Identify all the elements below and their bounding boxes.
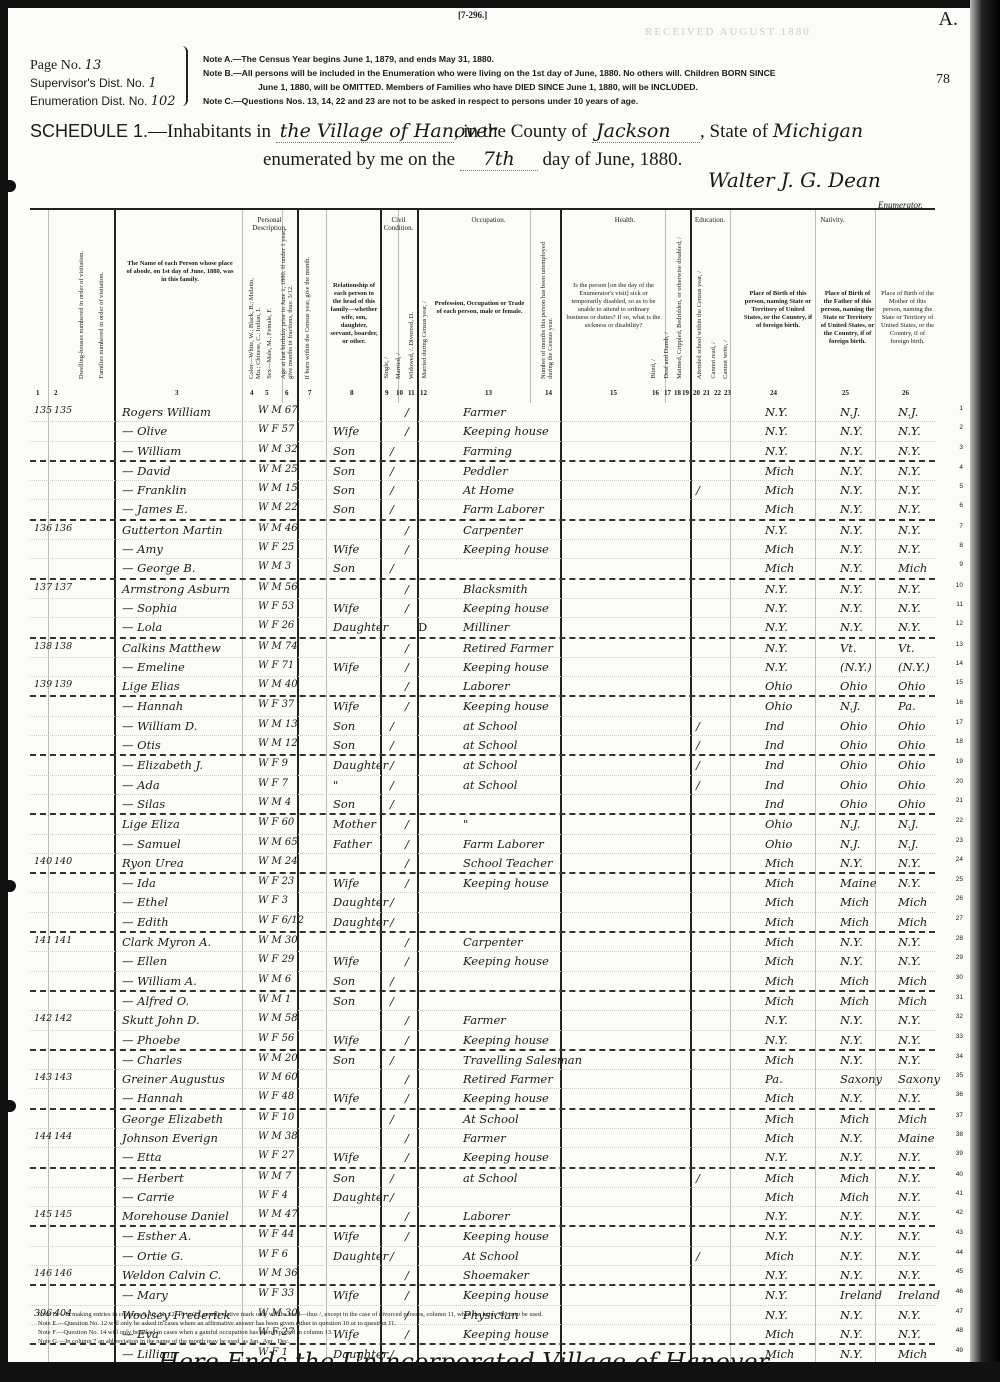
table-row: — EmelineW F 71Wife/Keeping houseN.Y.(N.… <box>30 658 935 677</box>
cell-mother: Ireland <box>898 1288 940 1302</box>
table-row: — DavidW M 25Son/PeddlerMichN.Y.N.Y.4 <box>30 462 935 481</box>
cell-married: / <box>405 954 409 968</box>
table-row: Lige ElizaW F 60Mother/"OhioN.J.N.J.22 <box>30 815 935 834</box>
form-number: [7-296.] <box>458 10 487 20</box>
cell-line: 15 <box>956 679 963 686</box>
cell-mother: Maine <box>898 1131 935 1145</box>
brace <box>180 46 188 106</box>
cell-mother: N.Y. <box>898 876 921 890</box>
cell-father: N.Y. <box>840 1249 863 1263</box>
cell-name: — Otis <box>122 738 161 752</box>
col-4-header: Color—White, W.; Black, B.; Mulatto, Mu.… <box>248 269 262 379</box>
cell-mother: N.Y. <box>898 1229 921 1243</box>
group-nativity: Nativity. <box>730 216 935 224</box>
cell-occ: Farm Laborer <box>463 837 544 851</box>
cell-cs: W F 53 <box>258 601 294 612</box>
cell-father: N.J. <box>840 699 860 713</box>
table-row: 142142Skutt John D.W M 58/FarmerN.Y.N.Y.… <box>30 1011 935 1030</box>
cell-mother: N.Y. <box>898 856 921 870</box>
cell-occ: Keeping house <box>463 1033 549 1047</box>
cell-name: — Amy <box>122 542 163 556</box>
cell-line: 7 <box>959 523 963 530</box>
cell-name: — David <box>122 464 171 478</box>
cell-name: Johnson Everign <box>122 1131 218 1145</box>
cell-line: 4 <box>959 464 963 471</box>
cell-cs: W M 4 <box>258 797 291 808</box>
cell-father: Mich <box>840 1112 869 1126</box>
table-row: 140140Ryon UreaW M 24/School TeacherMich… <box>30 854 935 874</box>
cell-birth: Mich <box>765 483 794 497</box>
cell-name: George Elizabeth <box>122 1112 223 1126</box>
cell-dwelling: 140 <box>34 856 52 867</box>
cell-line: 12 <box>956 620 963 627</box>
cell-occ: Farm Laborer <box>463 502 544 516</box>
cell-cs: W M 32 <box>258 444 298 455</box>
cell-occ: Carpenter <box>463 935 523 949</box>
col-11-header: Widowed, /. Divorced, D. <box>408 312 415 379</box>
cell-occ: Keeping house <box>463 542 549 556</box>
cell-father: N.Y. <box>840 1327 863 1341</box>
cell-rel: Daughter <box>333 895 388 909</box>
cell-father: N.Y. <box>840 502 863 516</box>
cell-married: / <box>405 601 409 615</box>
cell-cs: W F 56 <box>258 1033 294 1044</box>
cell-birth: N.Y. <box>765 1033 788 1047</box>
cell-single: / <box>390 974 394 988</box>
cell-line: 45 <box>956 1268 963 1275</box>
cell-rel: Wife <box>333 424 359 438</box>
cell-rel: Wife <box>333 1033 359 1047</box>
cell-rel: Wife <box>333 1091 359 1105</box>
cell-name: — Herbert <box>122 1171 184 1185</box>
cell-widowed: D <box>418 620 427 634</box>
cell-rel: Wife <box>333 542 359 556</box>
cell-occ: Retired Farmer <box>463 1072 553 1086</box>
cell-line: 43 <box>956 1229 963 1236</box>
cell-occ: Keeping house <box>463 601 549 615</box>
cell-line: 9 <box>959 561 963 568</box>
cell-name: — Charles <box>122 1053 182 1067</box>
cell-mother: N.Y. <box>898 601 921 615</box>
cell-name: Calkins Matthew <box>122 641 221 655</box>
cell-cs: W F 10 <box>258 1112 294 1123</box>
cell-cs: W M 3 <box>258 561 291 572</box>
cell-birth: Mich <box>765 561 794 575</box>
cell-rel: Wife <box>333 1229 359 1243</box>
cell-cs: W M 56 <box>258 582 298 593</box>
cell-single: / <box>390 561 394 575</box>
cell-father: N.Y. <box>840 1209 863 1223</box>
cell-occ: at School <box>463 719 517 733</box>
cell-mother: Ohio <box>898 719 925 733</box>
cell-occ: At School <box>463 1249 519 1263</box>
cell-name: — Ethel <box>122 895 168 909</box>
cell-father: N.Y. <box>840 561 863 575</box>
cell-father: N.J. <box>840 817 860 831</box>
cell-mother: N.Y. <box>898 542 921 556</box>
cell-occ: Keeping house <box>463 660 549 674</box>
cell-occ: School Teacher <box>463 856 553 870</box>
cell-family: 143 <box>54 1072 72 1083</box>
cell-father: (N.Y.) <box>840 660 872 674</box>
cell-married: / <box>405 542 409 556</box>
cell-birth: Mich <box>765 974 794 988</box>
cell-name: — Emeline <box>122 660 185 674</box>
table-row: — OliveW F 57Wife/Keeping houseN.Y.N.Y.N… <box>30 422 935 441</box>
cell-birth: Mich <box>765 1112 794 1126</box>
cell-line: 24 <box>956 856 963 863</box>
cell-birth: N.Y. <box>765 582 788 596</box>
cell-cs: W M 74 <box>258 641 298 652</box>
instruction-notes: Note A.—The Census Year begins June 1, 1… <box>203 52 923 108</box>
table-row: 145145Morehouse DanielW M 47/LaborerN.Y.… <box>30 1207 935 1227</box>
cell-single: / <box>390 778 394 792</box>
cell-father: N.Y. <box>840 582 863 596</box>
cell-rel: Wife <box>333 876 359 890</box>
cell-family: 140 <box>54 856 72 867</box>
cell-cs: W M 40 <box>258 679 298 690</box>
cell-occ: Keeping house <box>463 699 549 713</box>
cell-name: — Ortie G. <box>122 1249 183 1263</box>
cell-line: 10 <box>956 582 963 589</box>
group-health: Health. <box>560 216 690 224</box>
cell-married: / <box>405 1072 409 1086</box>
cell-line: 28 <box>956 935 963 942</box>
cell-rel: Daughter <box>333 1249 388 1263</box>
cell-occ: Keeping house <box>463 1229 549 1243</box>
cell-single: / <box>390 994 394 1008</box>
cell-line: 3 <box>959 444 963 451</box>
cell-birth: Pa. <box>765 1072 783 1086</box>
received-stamp: RECEIVED AUGUST 1880 <box>645 26 811 38</box>
cell-rel: Wife <box>333 1288 359 1302</box>
cell-dwelling: 135 <box>34 405 52 416</box>
cell-father: Mich <box>840 994 869 1008</box>
page-number-value: 13 <box>85 58 102 73</box>
cell-mother: N.Y. <box>898 483 921 497</box>
table-row: 135135Rogers WilliamW M 67/FarmerN.Y.N.J… <box>30 403 935 422</box>
supervisor-district: Supervisor's Dist. No. 1 <box>30 76 157 91</box>
col-6-header: Age at last birthday prior to June 1, 18… <box>280 229 294 379</box>
cell-single: / <box>390 1190 394 1204</box>
cell-dwelling: 141 <box>34 935 52 946</box>
cell-name: — Edith <box>122 915 169 929</box>
cell-birth: Ohio <box>765 679 792 693</box>
cell-occ: Milliner <box>463 620 509 634</box>
cell-mother: Mich <box>898 895 927 909</box>
cell-birth: Mich <box>765 856 794 870</box>
col-9-header: Single, / <box>383 357 390 379</box>
cell-single: / <box>390 1171 394 1185</box>
cell-father: Ohio <box>840 797 867 811</box>
cell-birth: Mich <box>765 876 794 890</box>
table-row: — MaryW F 33Wife/Keeping houseN.Y.Irelan… <box>30 1286 935 1305</box>
cell-line: 23 <box>956 837 963 844</box>
cell-father: N.J. <box>840 405 860 419</box>
cell-line: 22 <box>956 817 963 824</box>
binder-ring <box>0 1100 16 1112</box>
cell-cs: W F 57 <box>258 424 294 435</box>
cell-dwelling: 145 <box>34 1209 52 1220</box>
cell-dwelling: 143 <box>34 1072 52 1083</box>
cell-cs: W M 30 <box>258 935 298 946</box>
cell-rel: Son <box>333 464 355 478</box>
cell-birth: N.Y. <box>765 641 788 655</box>
cell-cs: W M 60 <box>258 1072 298 1083</box>
cell-rel: Son <box>333 974 355 988</box>
cell-birth: Ind <box>765 719 784 733</box>
cell-birth: Ohio <box>765 837 792 851</box>
table-row: — OtisW M 12Son/at School/IndOhioOhio18 <box>30 736 935 756</box>
table-row: 143143Greiner AugustusW M 60/Retired Far… <box>30 1070 935 1089</box>
cell-married: / <box>405 699 409 713</box>
cell-line: 30 <box>956 974 963 981</box>
cell-mother: Ohio <box>898 679 925 693</box>
cell-birth: N.Y. <box>765 1268 788 1282</box>
cell-single: / <box>390 797 394 811</box>
cell-mother: Ohio <box>898 738 925 752</box>
cell-father: N.Y. <box>840 444 863 458</box>
cell-line: 27 <box>956 915 963 922</box>
cell-married: / <box>405 1131 409 1145</box>
cell-married: / <box>405 660 409 674</box>
cell-father: N.Y. <box>840 1150 863 1164</box>
page-edge <box>0 1362 1000 1382</box>
table-row: 136136Gutterton MartinW M 46/CarpenterN.… <box>30 521 935 540</box>
col-2-header: Families numbered in order of visitation… <box>98 272 105 379</box>
cell-cs: W F 33 <box>258 1288 294 1299</box>
cell-married: / <box>405 424 409 438</box>
census-page: [7-296.] RECEIVED AUGUST 1880 A. 78 Page… <box>8 8 970 1370</box>
cell-birth: N.Y. <box>765 660 788 674</box>
cell-cs: W F 3 <box>258 895 288 906</box>
cell-birth: Mich <box>765 1327 794 1341</box>
table-row: 141141Clark Myron A.W M 30/CarpenterMich… <box>30 933 935 952</box>
cell-married: / <box>405 641 409 655</box>
cell-birth: N.Y. <box>765 1013 788 1027</box>
cell-father: N.Y. <box>840 1053 863 1067</box>
cell-name: — Mary <box>122 1288 168 1302</box>
table-row: 146146Weldon Calvin C.W M 36/ShoemakerN.… <box>30 1266 935 1286</box>
cell-name: — James E. <box>122 502 188 516</box>
cell-occ: Keeping house <box>463 424 549 438</box>
cell-line: 6 <box>959 502 963 509</box>
cell-birth: N.Y. <box>765 601 788 615</box>
cell-rel: Son <box>333 1053 355 1067</box>
cell-cs: W F 9 <box>258 758 288 769</box>
cell-married: / <box>405 856 409 870</box>
place-field: the Village of Hanover <box>276 120 454 143</box>
cell-father: N.Y. <box>840 464 863 478</box>
cell-mother: Mich <box>898 561 927 575</box>
cell-cs: W M 46 <box>258 523 298 534</box>
cell-name: Ryon Urea <box>122 856 184 870</box>
cell-birth: Mich <box>765 1053 794 1067</box>
cell-dwelling: 139 <box>34 679 52 690</box>
state-field: Michigan <box>773 120 863 142</box>
cell-birth: Mich <box>765 994 794 1008</box>
schedule-title: SCHEDULE 1.—Inhabitants in the Village o… <box>30 120 863 143</box>
cell-birth: Mich <box>765 464 794 478</box>
cell-single: / <box>390 719 394 733</box>
cell-cs: W M 13 <box>258 719 298 730</box>
cell-line: 37 <box>956 1112 963 1119</box>
table-row: — William A.W M 6Son/MichMichMich30 <box>30 972 935 992</box>
cell-family: 135 <box>54 405 72 416</box>
cell-name: — William <box>122 444 181 458</box>
cell-mother: N.Y. <box>898 582 921 596</box>
col-22-header: Cannot read, / <box>710 342 717 379</box>
table-row: — HannahW F 48Wife/Keeping houseMichN.Y.… <box>30 1089 935 1109</box>
cell-name: Clark Myron A. <box>122 935 211 949</box>
cell-line: 44 <box>956 1249 963 1256</box>
enumerator-signature: Walter J. G. Dean <box>708 168 881 192</box>
cell-line: 25 <box>956 876 963 883</box>
cell-mother: Mich <box>898 1112 927 1126</box>
cell-birth: Ohio <box>765 699 792 713</box>
cell-name: — Sophia <box>122 601 177 615</box>
cell-rel: Son <box>333 561 355 575</box>
col-17-header: Deaf and Dumb, / <box>663 332 670 379</box>
col-1-header: Dwelling-houses numbered in order of vis… <box>78 251 85 379</box>
cell-father: N.Y. <box>840 1229 863 1243</box>
cell-family: 136 <box>54 523 72 534</box>
cell-cs: W M 1 <box>258 994 291 1005</box>
cell-birth: Mich <box>765 1171 794 1185</box>
cell-name: Skutt John D. <box>122 1013 200 1027</box>
cell-school: / <box>696 758 700 772</box>
binder-ring <box>0 880 16 892</box>
cell-mother: Vt. <box>898 641 915 655</box>
cell-rel: Son <box>333 444 355 458</box>
cell-mother: N.J. <box>898 817 918 831</box>
cell-cs: W M 20 <box>258 1053 298 1064</box>
cell-married: / <box>405 582 409 596</box>
cell-name: — Carrie <box>122 1190 174 1204</box>
cell-single: / <box>390 502 394 516</box>
cell-dwelling: 137 <box>34 582 52 593</box>
table-row: — Esther A.W F 44Wife/Keeping houseN.Y.N… <box>30 1227 935 1246</box>
cell-birth: N.Y. <box>765 1308 788 1322</box>
cell-rel: Daughter <box>333 915 388 929</box>
table-header: Personal Description. Civil Condition. O… <box>30 208 935 403</box>
enumeration-date: enumerated by me on the 7th day of June,… <box>263 148 682 171</box>
cell-father: N.Y. <box>840 601 863 615</box>
cell-line: 38 <box>956 1131 963 1138</box>
cell-cs: W F 4 <box>258 1190 288 1201</box>
cell-line: 26 <box>956 895 963 902</box>
cell-cs: W M 12 <box>258 738 298 749</box>
group-civil: Civil Condition. <box>380 216 417 232</box>
cell-father: N.J. <box>840 837 860 851</box>
cell-name: — Hannah <box>122 1091 183 1105</box>
cell-cs: W F 29 <box>258 954 294 965</box>
cell-single: / <box>390 758 394 772</box>
cell-school: / <box>696 738 700 752</box>
table-row: — LolaW F 26DaughterDMillinerN.Y.N.Y.N.Y… <box>30 618 935 638</box>
col-26-header: Place of Birth of the Mother of this per… <box>880 290 935 346</box>
cell-mother: N.Y. <box>898 1308 921 1322</box>
cell-cs: W M 6 <box>258 974 291 985</box>
cell-birth: N.Y. <box>765 523 788 537</box>
cell-name: — George B. <box>122 561 196 575</box>
cell-name: — Alfred O. <box>122 994 189 1008</box>
table-row: George ElizabethW F 10/At SchoolMichMich… <box>30 1110 935 1129</box>
cell-cs: W F 6/12 <box>258 915 304 926</box>
cell-father: Vt. <box>840 641 857 655</box>
cell-father: N.Y. <box>840 483 863 497</box>
cell-line: 5 <box>959 483 963 490</box>
day-field: 7th <box>460 148 538 171</box>
cell-married: / <box>405 679 409 693</box>
cell-single: / <box>390 483 394 497</box>
cell-occ: Farmer <box>463 405 506 419</box>
cell-family: 144 <box>54 1131 72 1142</box>
cell-single: / <box>390 1053 394 1067</box>
cell-birth: Mich <box>765 542 794 556</box>
cell-cs: W F 44 <box>258 1229 294 1240</box>
cell-rel: Daughter <box>333 1190 388 1204</box>
cell-name: — Elizabeth J. <box>122 758 203 772</box>
cell-name: — Silas <box>122 797 165 811</box>
cell-birth: Mich <box>765 1091 794 1105</box>
cell-father: N.Y. <box>840 1268 863 1282</box>
cell-family: 141 <box>54 935 72 946</box>
cell-line: 16 <box>956 699 963 706</box>
cell-rel: " <box>333 778 338 792</box>
col-7-header: If born within the Census year, give the… <box>304 257 311 380</box>
table-row: — Alfred O.W M 1Son/MichMichMich31 <box>30 992 935 1011</box>
cell-family: 138 <box>54 641 72 652</box>
cell-mother: N.Y. <box>898 1171 921 1185</box>
cell-mother: N.Y. <box>898 1327 921 1341</box>
cell-mother: N.Y. <box>898 1249 921 1263</box>
col-10-header: Married, / <box>395 353 402 379</box>
cell-single: / <box>390 1249 394 1263</box>
cell-family: 145 <box>54 1209 72 1220</box>
cell-married: / <box>405 837 409 851</box>
cell-name: Gutterton Martin <box>122 523 223 537</box>
cell-name: — Phoebe <box>122 1033 180 1047</box>
cell-cs: W F 25 <box>258 542 294 553</box>
cell-mother: N.J. <box>898 837 918 851</box>
table-row: — SilasW M 4Son/IndOhioOhio21 <box>30 795 935 815</box>
cell-occ: Shoemaker <box>463 1268 529 1282</box>
col-21-header: Attended school within the Census year, … <box>696 271 703 379</box>
cell-married: / <box>405 1150 409 1164</box>
binder-ring <box>0 180 16 192</box>
cell-cs: W F 7 <box>258 778 288 789</box>
cell-line: 47 <box>956 1308 963 1315</box>
cell-rel: Daughter <box>333 758 388 772</box>
cell-line: 2 <box>959 424 963 431</box>
page-edge <box>970 0 1000 1382</box>
cell-cs: W M 7 <box>258 1171 291 1182</box>
cell-cs: W M 15 <box>258 483 298 494</box>
cell-occ: Farming <box>463 444 512 458</box>
cell-name: — William A. <box>122 974 197 988</box>
cell-occ: Keeping house <box>463 1288 549 1302</box>
cell-line: 1 <box>959 405 963 412</box>
cell-dwelling: 142 <box>34 1013 52 1024</box>
cell-mother: Mich <box>898 1347 927 1361</box>
table-row: — George B.W M 3Son/MichN.Y.Mich9 <box>30 559 935 579</box>
cell-rel: Son <box>333 483 355 497</box>
sheet-number: 78 <box>936 72 950 88</box>
cell-name: Morehouse Daniel <box>122 1209 229 1223</box>
cell-birth: Mich <box>765 1190 794 1204</box>
cell-rel: Son <box>333 797 355 811</box>
